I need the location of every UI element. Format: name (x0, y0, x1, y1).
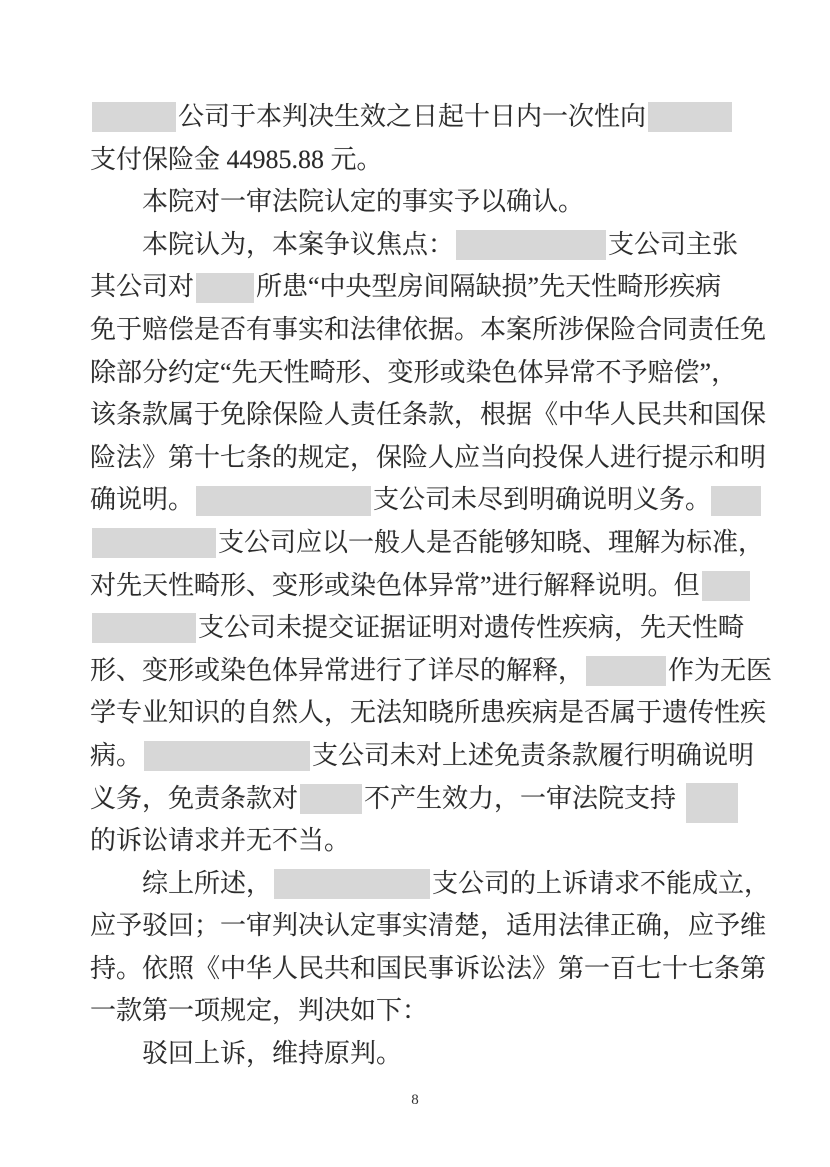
text-segment: 义务，免责条款对 (90, 778, 298, 821)
text-segment: 病。 (90, 735, 142, 778)
redaction-box (92, 528, 216, 558)
text-line: 该条款属于免除保险人责任条款，根据《中华人民共和国保 (90, 394, 740, 437)
text-line: 对先天性畸形、变形或染色体异常”进行解释说明。但 (90, 565, 740, 608)
text-segment: 应予驳回；一审判决认定事实清楚，适用法律正确，应予维 (90, 905, 766, 948)
text-segment: 险法》第十七条的规定，保险人应当向投保人进行提示和明 (90, 437, 766, 480)
text-segment: 不产生效力，一审法院支持 (364, 778, 676, 821)
text-segment: 除部分约定“先天性畸形、变形或染色体异常不予赔偿”， (90, 352, 737, 395)
text-line: 支公司未提交证据证明对遗传性疾病，先天性畸 (90, 607, 740, 650)
text-segment: 形、变形或染色体异常进行了详尽的解释， (90, 650, 584, 693)
text-segment: 支付保险金 44985.88 元。 (90, 139, 383, 182)
redaction-box (686, 783, 738, 823)
text-line: 应予驳回；一审判决认定事实清楚，适用法律正确，应予维 (90, 905, 740, 948)
judgment-page: 公司于本判决生效之日起十日内一次性向支付保险金 44985.88 元。本院对一审… (0, 0, 830, 1167)
text-segment: 支公司未对上述免责条款履行明确说明 (312, 735, 754, 778)
redaction-box (92, 613, 196, 643)
text-line: 险法》第十七条的规定，保险人应当向投保人进行提示和明 (90, 437, 740, 480)
text-segment: 支公司的上诉请求不能成立， (432, 863, 770, 906)
text-line: 学专业知识的自然人，无法知晓所患疾病是否属于遗传性疾 (90, 692, 740, 735)
text-segment: 确说明。 (90, 479, 194, 522)
text-segment: 其公司对 (90, 266, 194, 309)
text-line: 支付保险金 44985.88 元。 (90, 139, 740, 182)
text-segment: 学专业知识的自然人，无法知晓所患疾病是否属于遗传性疾 (90, 692, 766, 735)
text-segment: 对先天性畸形、变形或染色体异常”进行解释说明。但 (90, 565, 700, 608)
text-segment: 综上所述， (142, 863, 272, 906)
redaction-box (92, 102, 176, 132)
text-segment: 公司于本判决生效之日起十日内一次性向 (178, 96, 646, 139)
text-line: 其公司对所患“中央型房间隔缺损”先天性畸形疾病 (90, 266, 740, 309)
page-number: 8 (90, 1092, 740, 1109)
document-body: 公司于本判决生效之日起十日内一次性向支付保险金 44985.88 元。本院对一审… (90, 96, 740, 1076)
redaction-box (196, 273, 254, 303)
redaction-box (711, 486, 761, 516)
text-line: 义务，免责条款对不产生效力，一审法院支持 (90, 778, 740, 821)
redaction-box (456, 230, 606, 260)
redaction-box (196, 486, 371, 516)
text-segment: 本院认为，本案争议焦点： (142, 224, 454, 267)
redaction-box (300, 784, 362, 814)
text-line: 支公司应以一般人是否能够知晓、理解为标准， (90, 522, 740, 565)
text-segment: 的诉讼请求并无不当。 (90, 820, 350, 863)
text-segment: 持。依照《中华人民共和国民事诉讼法》第一百七十七条第 (90, 948, 766, 991)
text-line: 驳回上诉，维持原判。 (90, 1033, 740, 1076)
text-line: 本院对一审法院认定的事实予以确认。 (90, 181, 740, 224)
text-segment: 作为无医 (668, 650, 772, 693)
redaction-box (274, 869, 430, 899)
text-line: 持。依照《中华人民共和国民事诉讼法》第一百七十七条第 (90, 948, 740, 991)
text-segment: 一款第一项规定，判决如下： (90, 990, 428, 1033)
text-segment: 支公司未提交证据证明对遗传性疾病，先天性畸 (198, 607, 744, 650)
redaction-box (648, 102, 732, 132)
text-line: 除部分约定“先天性畸形、变形或染色体异常不予赔偿”， (90, 352, 740, 395)
text-line: 本院认为，本案争议焦点：支公司主张 (90, 224, 740, 267)
text-line: 一款第一项规定，判决如下： (90, 990, 740, 1033)
text-line: 的诉讼请求并无不当。 (90, 820, 740, 863)
text-line: 确说明。支公司未尽到明确说明义务。 (90, 479, 740, 522)
text-segment: 本院对一审法院认定的事实予以确认。 (142, 181, 584, 224)
text-line: 公司于本判决生效之日起十日内一次性向 (90, 96, 740, 139)
redaction-box (144, 741, 310, 771)
text-line: 免于赔偿是否有事实和法律依据。本案所涉保险合同责任免 (90, 309, 740, 352)
text-segment: 所患“中央型房间隔缺损”先天性畸形疾病 (256, 266, 721, 309)
redaction-box (702, 571, 750, 601)
text-segment: 驳回上诉，维持原判。 (142, 1033, 402, 1076)
text-line: 形、变形或染色体异常进行了详尽的解释，作为无医 (90, 650, 740, 693)
text-segment: 免于赔偿是否有事实和法律依据。本案所涉保险合同责任免 (90, 309, 766, 352)
text-segment: 支公司应以一般人是否能够知晓、理解为标准， (218, 522, 764, 565)
text-segment: 该条款属于免除保险人责任条款，根据《中华人民共和国保 (90, 394, 766, 437)
redaction-box (586, 656, 666, 686)
text-line: 综上所述，支公司的上诉请求不能成立， (90, 863, 740, 906)
text-segment: 支公司未尽到明确说明义务。 (373, 479, 711, 522)
text-segment: 支公司主张 (608, 224, 738, 267)
text-line: 病。支公司未对上述免责条款履行明确说明 (90, 735, 740, 778)
